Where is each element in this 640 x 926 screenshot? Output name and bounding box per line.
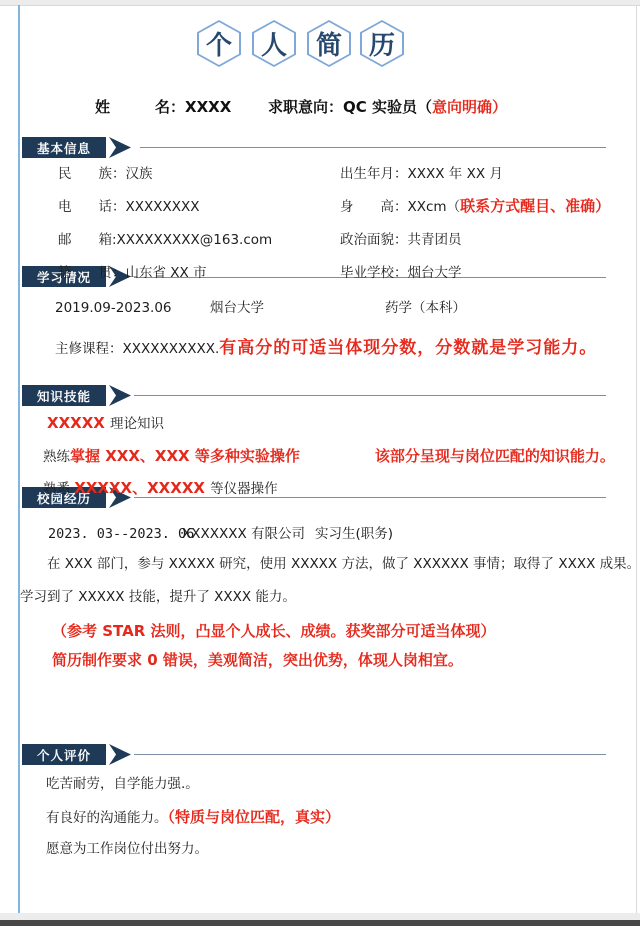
banner-arrow-icon [109,137,131,158]
header-hexagon-1: 个 [197,20,241,67]
text-segment: 简历制作要求 0 错误，美观简洁，突出优势，体现人岗相宜。 [52,651,463,669]
section-line-basic [140,147,606,148]
section-line-review [134,754,606,755]
text-segment: 主修课程：XXXXXXXXXX. [55,341,219,357]
edu-courses: 主修课程：XXXXXXXXXX.有高分的可适当体现分数，分数就是学习能力。 [55,338,597,359]
banner-title: 知识技能 [22,385,106,406]
text-segment: 毕业学校：烟台大学 [340,265,462,281]
text-segment: 姓 名：XXXX [95,98,231,116]
row-grad-school: 毕业学校：烟台大学 [340,265,462,282]
job-company: XXXXXXX 有限公司 [182,526,305,543]
text-segment: 求职意向：QC 实验员 [268,98,417,116]
header-hexagon-2: 人 [252,20,296,67]
row-birth: 出生年月：XXXX 年 XX 月 [340,166,503,183]
review-line-3: 愿意为工作岗位付出努力。 [46,841,208,858]
text-segment: 意向明确） [432,98,507,116]
text-segment: 熟练 [43,449,70,465]
text-segment: 在 XXX 部门，参与 XXXXX 研究，使用 XXXXX 方法，做了 XXXX… [47,556,640,572]
review-line-1: 吃苦耐劳，自学能力强.。 [46,776,199,793]
section-line-skills [134,395,606,396]
text-segment: 有良好的沟通能力。 [46,810,168,826]
review-line-2: 有良好的沟通能力。（特质与岗位匹配，真实） [46,808,340,827]
text-segment: 掌握 XXX、XXX 等多种实验操作 [70,447,300,465]
banner-title: 基本信息 [22,137,106,158]
experience-tip-1: （参考 STAR 法则，凸显个人成长、成绩。获奖部分可适当体现） [52,622,495,641]
row-ethnicity: 民 族：汉族 [58,166,153,183]
page-right-border [636,5,637,913]
text-segment: 籍 贯：山东省 XX 市 [58,265,207,281]
text-segment: 联系方式醒目、准确） [460,197,610,215]
text-segment: （ [447,199,461,215]
text-segment: XXXXX [47,414,110,432]
edu-major: 药学（本科） [385,300,466,317]
row-origin: 籍 贯：山东省 XX 市 [58,265,207,282]
skill-line-2: 熟练掌握 XXX、XXX 等多种实验操作 该部分呈现与岗位匹配的知识能力。 [43,447,615,466]
banner-arrow-icon [109,385,131,406]
header-hexagon-3: 简 [307,20,351,67]
header-hexagon-4: 历 [360,20,404,67]
row-phone: 电 话：XXXXXXXX [58,199,200,216]
name-line: 姓 名：XXXX [95,98,231,117]
text-segment: 电 话：XXXXXXXX [58,199,200,215]
text-segment: 该部分呈现与岗位匹配的知识能力。 [300,447,615,465]
text-segment: 熟悉 [43,481,74,497]
experience-paragraph-1: 在 XXX 部门，参与 XXXXX 研究，使用 XXXXX 方法，做了 XXXX… [47,556,640,573]
text-segment: 学习到了 XXXXX 技能，提升了 XXXX 能力。 [20,589,296,605]
row-height: 身 高：XXcm（联系方式醒目、准确） [340,197,610,216]
text-segment: 愿意为工作岗位付出努力。 [46,841,208,857]
text-segment: XXXXX、XXXXX [74,479,210,497]
experience-tip-2: 简历制作要求 0 错误，美观简洁，突出优势，体现人岗相宜。 [52,651,463,670]
skill-line-1: XXXXX 理论知识 [47,414,164,433]
banner-arrow-icon [109,744,131,765]
text-segment: 政治面貌：共青团员 [340,232,462,248]
text-segment: （参考 STAR 法则，凸显个人成长、成绩。获奖部分可适当体现） [52,622,495,640]
resume-page: 个 人 简 历 姓 名：XXXX 求职意向：QC 实验员（意向明确） 基本信息 … [0,0,640,926]
edu-period: 2019.09-2023.06 [55,300,172,317]
row-email: 邮 箱:XXXXXXXXX@163.com [58,232,272,249]
skill-line-3: 熟悉 XXXXX、XXXXX 等仪器操作 [43,479,278,498]
window-bottom-bar [0,920,640,926]
text-segment: 等仪器操作 [210,481,278,497]
text-segment: 理论知识 [110,416,164,432]
job-role: 实习生(职务) [315,526,393,543]
text-segment: 邮 箱:XXXXXXXXX@163.com [58,232,272,248]
text-segment: （特质与岗位匹配，真实） [168,808,341,826]
banner-title: 个人评价 [22,744,106,765]
text-segment: 出生年月：XXXX 年 XX 月 [340,166,503,182]
row-politics: 政治面貌：共青团员 [340,232,462,249]
text-segment: 吃苦耐劳，自学能力强.。 [46,776,199,792]
page-left-border [18,5,20,913]
text-segment: 有高分的可适当体现分数，分数就是学习能力。 [219,338,597,358]
edu-school: 烟台大学 [210,300,264,317]
experience-paragraph-2: 学习到了 XXXXX 技能，提升了 XXXX 能力。 [20,589,296,606]
job-period: 2023. 03--2023. 06 [48,526,194,543]
text-segment: 民 族：汉族 [58,166,153,182]
job-intent-line: 求职意向：QC 实验员（意向明确） [268,98,507,117]
window-bottom-strip [0,913,640,920]
text-segment: 身 高：XXcm [340,199,447,215]
window-top-strip [0,0,640,6]
text-segment: （ [417,98,432,116]
